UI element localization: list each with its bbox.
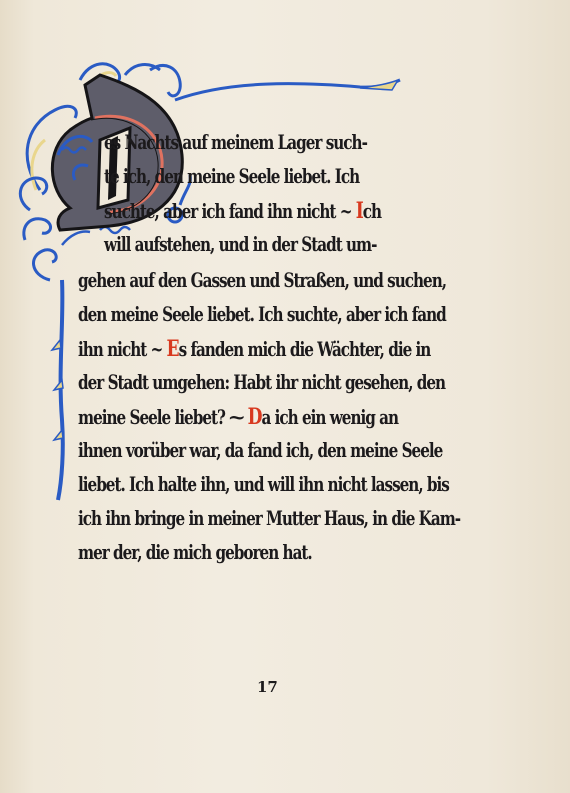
rubric-initial: I	[356, 198, 363, 224]
text-line: liebet. Ich halte ihn, und will ihn nich…	[78, 468, 449, 502]
text-line: ihnen vorüber war, da fand ich, den mein…	[78, 434, 442, 468]
text-line: ich ihn bringe in meiner Mutter Haus, in…	[78, 502, 460, 536]
page-number: 17	[257, 678, 278, 696]
text-line: meine Seele liebet? ⁓ Da ich ein wenig a…	[78, 400, 398, 434]
text-line: den meine Seele liebet. Ich suchte, aber…	[78, 298, 446, 332]
text-line: ihn nicht ~ Es fanden mich die Wächter, …	[78, 332, 430, 366]
book-page: es Nachts auf meinem Lager such- te ich,…	[0, 0, 570, 793]
text-line: te ich, den meine Seele liebet. Ich	[104, 160, 359, 194]
text-line: mer der, die mich geboren hat.	[78, 536, 312, 570]
text-line: will aufstehen, und in der Stadt um-	[104, 228, 376, 262]
text-line: gehen auf den Gassen und Straßen, und su…	[78, 264, 446, 298]
rubric-initial: D	[248, 404, 262, 430]
text-line: es Nachts auf meinem Lager such-	[104, 126, 367, 160]
rubric-initial: E	[167, 336, 179, 362]
text-line: der Stadt umgehen: Habt ihr nicht gesehe…	[78, 366, 445, 400]
text-line: suchte, aber ich fand ihn nicht ~ Ich	[104, 194, 381, 228]
